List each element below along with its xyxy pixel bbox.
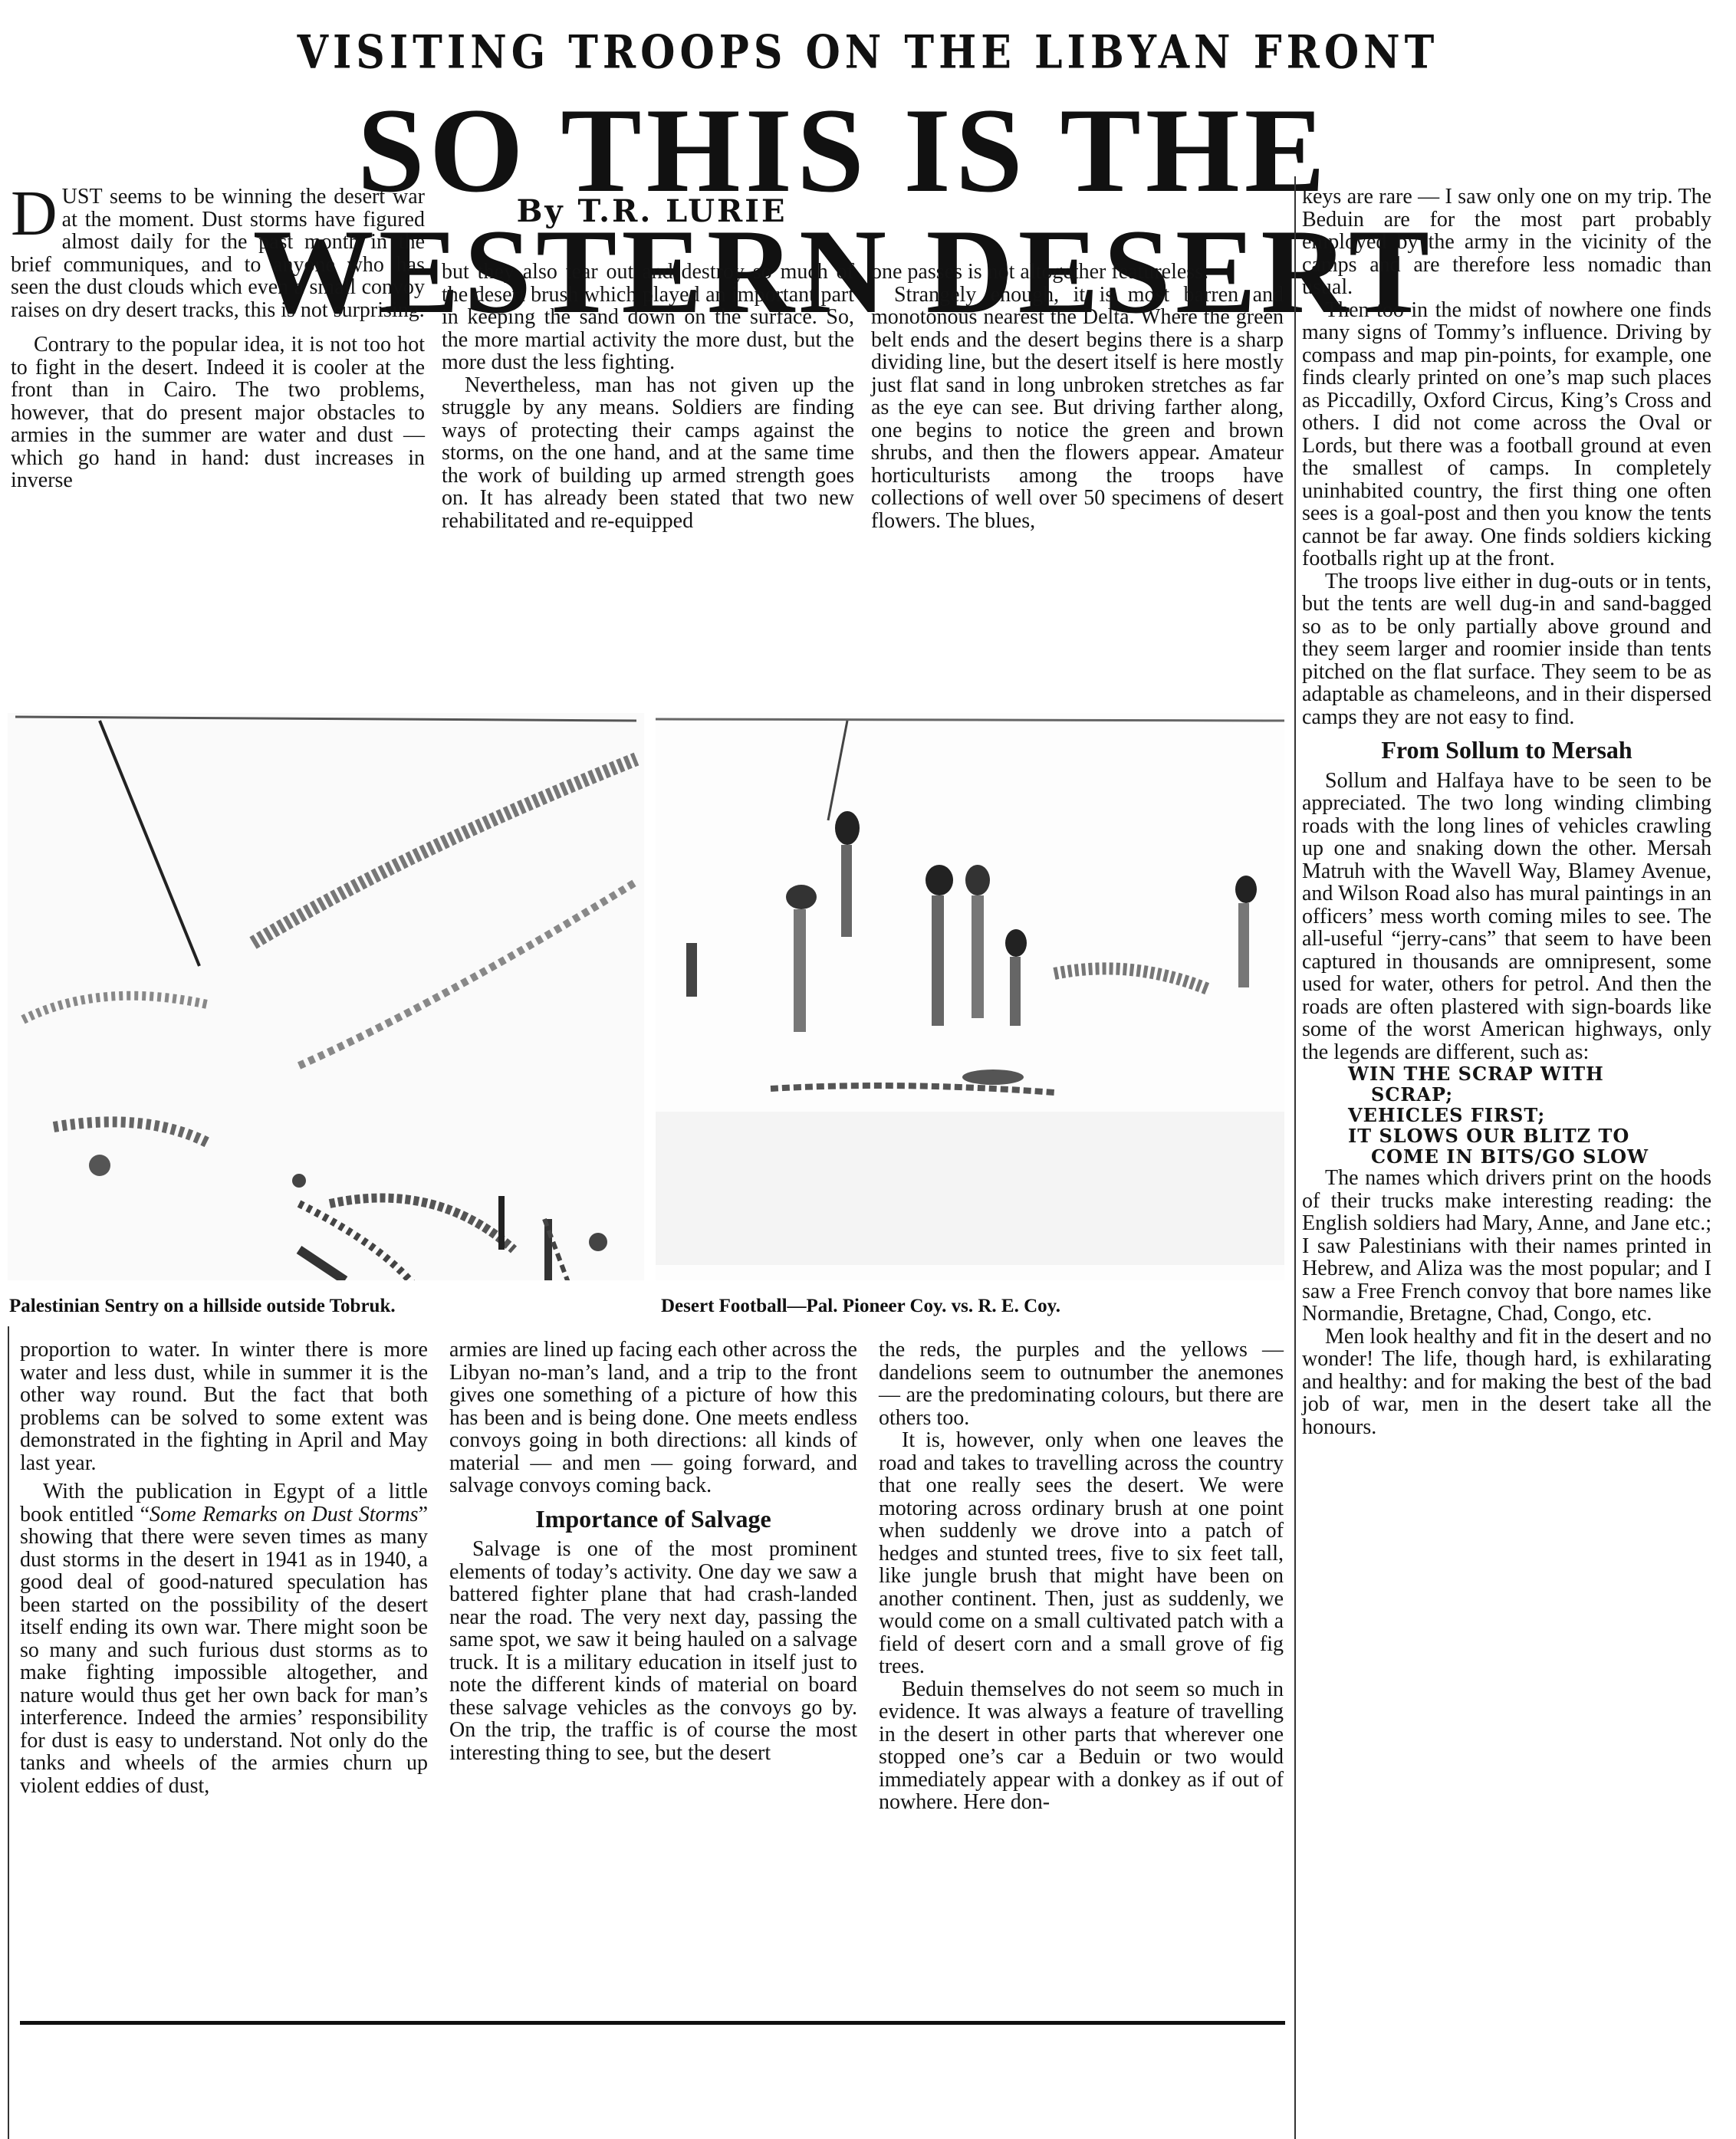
- paragraph: but they also tear out and destroy so mu…: [442, 261, 854, 374]
- paragraph: keys are rare — I saw only one on my tri…: [1302, 186, 1711, 299]
- paragraph: With the publication in Egypt of a littl…: [20, 1480, 428, 1797]
- drop-cap: D: [11, 189, 58, 239]
- paragraph: Contrary to the popular idea, it is not …: [11, 333, 425, 492]
- upper-column-3: one passes is not altogether featureless…: [871, 261, 1284, 532]
- paragraph: Then too in the midst of nowhere one fin…: [1302, 299, 1711, 570]
- signboard-slogans: WIN THE SCRAP WITH SCRAP; VEHICLES FIRST…: [1302, 1063, 1711, 1167]
- subhead-salvage: Importance of Salvage: [449, 1508, 857, 1531]
- paragraph: one passes is not altogether featureless…: [871, 261, 1284, 284]
- paragraph: Sollum and Halfaya have to be seen to be…: [1302, 770, 1711, 1064]
- slogan-line: SCRAP;: [1348, 1084, 1711, 1105]
- column-rule-left: [8, 1326, 9, 2139]
- photo-caption-football: Desert Football—Pal. Pioneer Coy. vs. R.…: [661, 1296, 1060, 1317]
- paragraph: Beduin themselves do not seem so much in…: [879, 1678, 1284, 1814]
- slogan-line: VEHICLES FIRST;: [1348, 1105, 1711, 1125]
- kicker-headline: VISITING TROOPS ON THE LIBYAN FRONT: [0, 25, 1736, 79]
- article-bottom-rule: [20, 2021, 1285, 2025]
- paragraph: Strangely enough, it is most barren and …: [871, 284, 1284, 533]
- photo-caption-sentry: Palestinian Sentry on a hillside outside…: [9, 1296, 396, 1317]
- paragraph: It is, however, only when one leaves the…: [879, 1429, 1284, 1678]
- byline: By T.R. LURIE: [437, 193, 866, 229]
- paragraph: The troops live either in dug-outs or in…: [1302, 570, 1711, 729]
- paragraph: The names which drivers print on the hoo…: [1302, 1167, 1711, 1326]
- paragraph: Men look healthy and fit in the desert a…: [1302, 1326, 1711, 1439]
- right-column: keys are rare — I saw only one on my tri…: [1302, 186, 1711, 1438]
- slogan-line: IT SLOWS OUR BLITZ TO: [1348, 1125, 1711, 1146]
- subhead-sollum: From Sollum to Mersah: [1302, 739, 1711, 762]
- paragraph: Nevertheless, man has not given up the s…: [442, 374, 854, 533]
- paragraph: the reds, the purples and the yellows — …: [879, 1339, 1284, 1429]
- photo-desert-football: [656, 713, 1284, 1280]
- football-photo-image: [656, 713, 1284, 1280]
- slogan-line: WIN THE SCRAP WITH: [1348, 1063, 1711, 1084]
- photo-sentry-tobruk: [8, 713, 644, 1280]
- slogan-line: COME IN BITS/GO SLOW: [1348, 1146, 1711, 1167]
- paragraph: armies are lined up facing each other ac…: [449, 1339, 857, 1497]
- upper-column-2: but they also tear out and destroy so mu…: [442, 261, 854, 532]
- upper-column-1: DUST seems to be winning the desert war …: [11, 186, 425, 492]
- paragraph: proportion to water. In winter there is …: [20, 1339, 428, 1474]
- lower-column-2: armies are lined up facing each other ac…: [449, 1339, 857, 1764]
- sentry-photo-image: [8, 713, 644, 1280]
- paragraph: Salvage is one of the most prominent ele…: [449, 1538, 857, 1764]
- paragraph: DUST seems to be winning the desert war …: [11, 186, 425, 321]
- book-title: Some Remarks on Dust Storms: [150, 1503, 419, 1526]
- lower-column-3: the reds, the purples and the yellows — …: [879, 1339, 1284, 1814]
- lower-column-1: proportion to water. In winter there is …: [20, 1339, 428, 1797]
- column-rule-right: [1294, 176, 1296, 2139]
